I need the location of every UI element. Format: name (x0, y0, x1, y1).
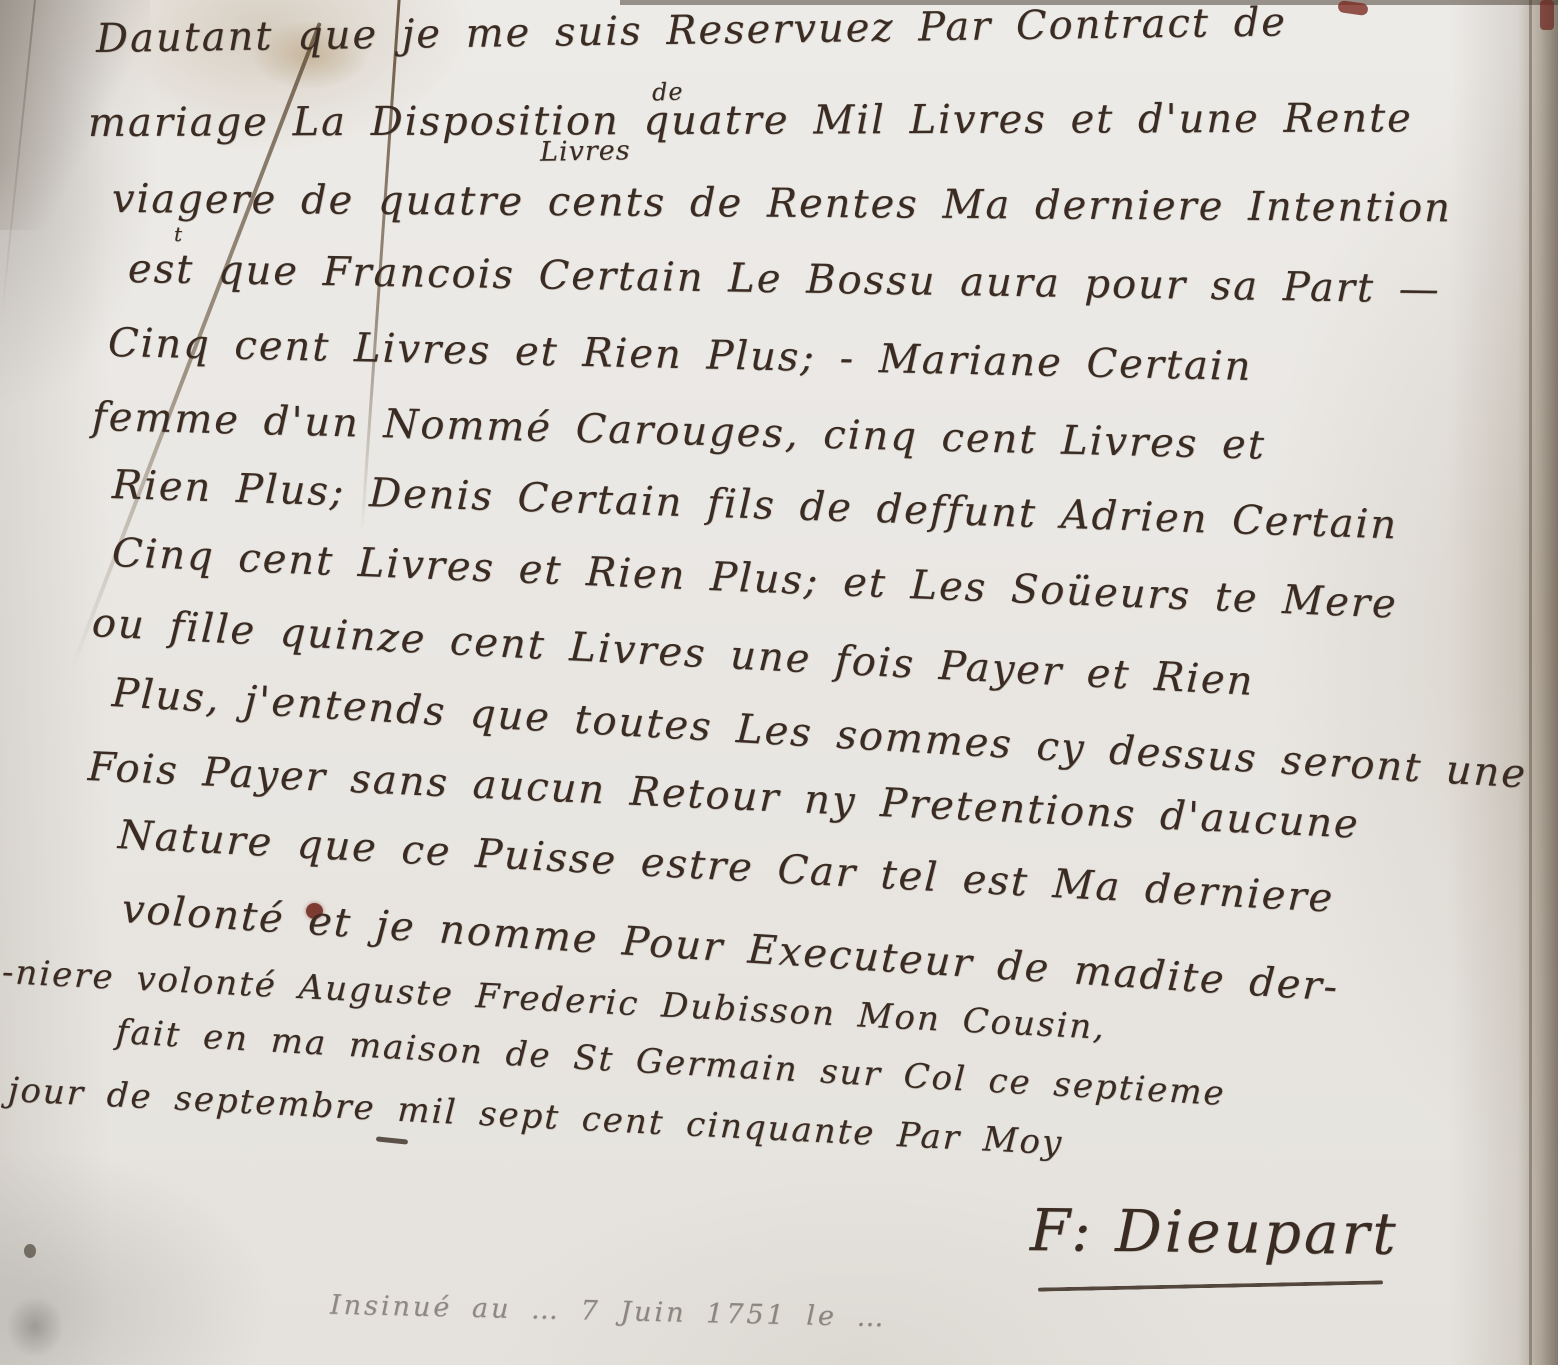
manuscript-line-1: Dautant que je me suis Reservuez Par Con… (96, 0, 1288, 62)
manuscript-line-2: mariage La Disposition quatre Mil Livres… (88, 95, 1413, 146)
dash-flourish (376, 1136, 408, 1144)
ink-mark-corner (1540, 0, 1554, 30)
page-edge-right (1518, 0, 1558, 1365)
page-edge-line (1529, 0, 1532, 1365)
manuscript-line-7: Rien Plus; Denis Certain fils de deffunt… (111, 462, 1398, 548)
interlinear-insertion-t: t (174, 222, 183, 246)
ink-spot-bottom-left (24, 1244, 36, 1258)
manuscript-line-5: Cinq cent Livres et Rien Plus; - Mariane… (108, 320, 1253, 390)
signature: F: Dieupart (1030, 1196, 1399, 1268)
manuscript-line-6: femme d'un Nommé Carouges, cinq cent Liv… (91, 394, 1266, 469)
manuscript-line-3: viagere de quatre cents de Rentes Ma der… (112, 176, 1452, 231)
manuscript-page: Dautant que je me suis Reservuez Par Con… (0, 0, 1558, 1365)
interlinear-insertion-de: de (652, 77, 685, 106)
registration-note: Insinué au … 7 Juin 1751 le … (330, 1290, 887, 1334)
interlinear-insertion-livres: Livres (540, 135, 631, 168)
signature-underline (1038, 1280, 1383, 1291)
manuscript-line-4: est que Francois Certain Le Bossu aura p… (128, 246, 1441, 313)
smudge-bottom-left (6, 1296, 64, 1358)
